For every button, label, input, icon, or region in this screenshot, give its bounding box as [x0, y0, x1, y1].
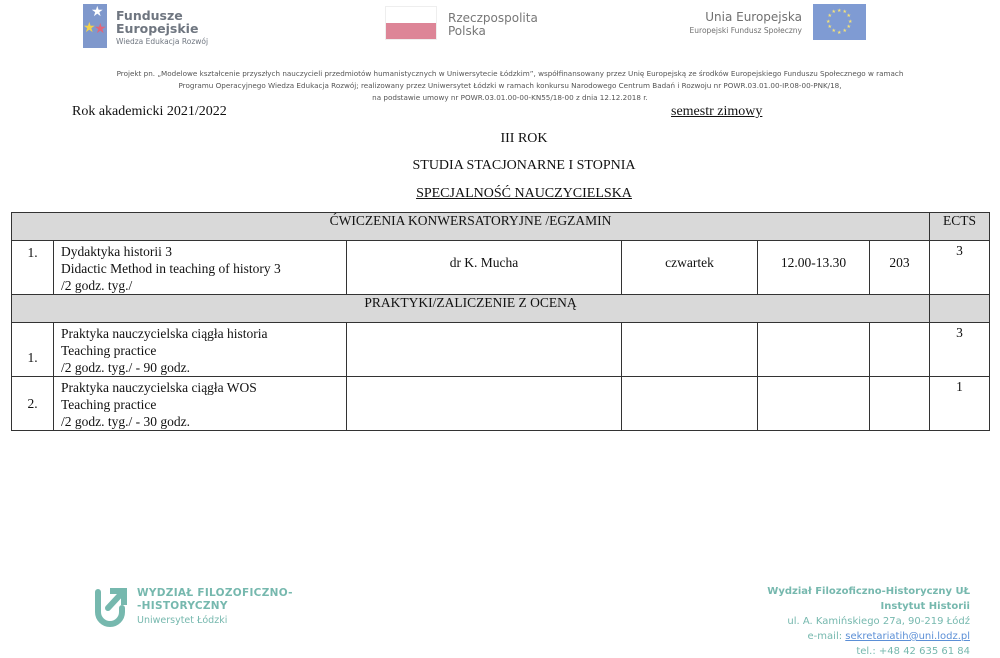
course-cell: Praktyka nauczycielska ciągła WOS Teachi… — [54, 377, 347, 431]
table-row: 1. Praktyka nauczycielska ciągła histori… — [12, 323, 990, 377]
ects-header: ECTS — [930, 213, 990, 241]
faculty-logo-line2: -HISTORYCZNY — [137, 600, 293, 613]
section-header-practice: PRAKTYKI/ZALICZENIE Z OCENĄ — [12, 295, 930, 323]
schedule-table: ĆWICZENIA KONWERSATORYJNE /EGZAMIN ECTS … — [11, 212, 990, 431]
fundusze-europejskie-logo: Fundusze Europejskie Wiedza Edukacja Roz… — [116, 9, 208, 48]
fundusze-europejskie-logo-icon: ★ ★ ★ — [83, 4, 107, 48]
teacher-cell — [347, 323, 622, 377]
faculty-logo-line1: WYDZIAŁ FILOZOFICZNO- — [137, 587, 293, 600]
email-link[interactable]: sekretariatih@uni.lodz.pl — [845, 631, 970, 642]
time-cell: 12.00-13.30 — [758, 241, 870, 295]
faculty-logo-icon — [93, 586, 129, 628]
ects-cell: 3 — [930, 323, 990, 377]
section-header-row: ĆWICZENIA KONWERSATORYJNE /EGZAMIN ECTS — [12, 213, 990, 241]
time-cell — [758, 377, 870, 431]
polish-flag-icon — [385, 6, 437, 40]
unia-europejska-logo: Unia Europejska Europejski Fundusz Społe… — [660, 10, 802, 38]
course-hours: /2 godz. tyg./ — [61, 277, 339, 294]
course-name-pl: Praktyka nauczycielska ciągła historia — [61, 325, 339, 342]
ects-cell: 1 — [930, 377, 990, 431]
course-name-en: Didactic Method in teaching of history 3 — [61, 260, 339, 277]
study-type: STUDIA STACJONARNE I STOPNIA — [24, 158, 1000, 174]
faculty-logo-sub: Uniwersytet Łódzki — [137, 614, 293, 628]
course-cell: Praktyka nauczycielska ciągła historia T… — [54, 323, 347, 377]
course-hours: /2 godz. tyg./ - 90 godz. — [61, 359, 339, 376]
teacher-cell — [347, 377, 622, 431]
teacher-cell: dr K. Mucha — [347, 241, 622, 295]
fe-subtitle: Wiedza Edukacja Rozwój — [116, 36, 208, 48]
row-number: 2. — [12, 377, 54, 431]
semester: semestr zimowy — [671, 104, 762, 120]
day-cell — [622, 377, 758, 431]
contact-faculty: Wydział Filozoficzno-Historyczny UŁ — [767, 584, 970, 599]
table-row: 2. Praktyka nauczycielska ciągła WOS Tea… — [12, 377, 990, 431]
ue-title: Unia Europejska — [660, 10, 802, 24]
room-cell — [870, 377, 930, 431]
contact-address: ul. A. Kamińskiego 27a, 90-219 Łódź — [767, 614, 970, 629]
day-cell — [622, 323, 758, 377]
email-label: e-mail: — [808, 631, 846, 642]
faculty-logo: WYDZIAŁ FILOZOFICZNO- -HISTORYCZNY Uniwe… — [137, 587, 293, 628]
specialty: SPECJALNOŚĆ NAUCZYCIELSKA — [24, 186, 1000, 202]
academic-year: Rok akademicki 2021/2022 — [72, 104, 227, 120]
course-hours: /2 godz. tyg./ - 30 godz. — [61, 413, 339, 430]
rzeczpospolita-polska-logo: Rzeczpospolita Polska — [448, 12, 538, 38]
project-note-line3: na podstawie umowy nr POWR.03.01.00-00-K… — [60, 92, 960, 104]
row-number: 1. — [12, 323, 54, 377]
project-note-line2: Programu Operacyjnego Wiedza Edukacja Ro… — [60, 80, 960, 92]
project-note: Projekt pn. „Modelowe kształcenie przysz… — [60, 68, 960, 104]
time-cell — [758, 323, 870, 377]
ects-blank-cell — [930, 295, 990, 323]
course-cell: Dydaktyka historii 3 Didactic Method in … — [54, 241, 347, 295]
course-name-en: Teaching practice — [61, 342, 339, 359]
ects-cell: 3 — [930, 241, 990, 295]
contact-email-line: e-mail: sekretariatih@uni.lodz.pl — [767, 629, 970, 644]
contact-institute: Instytut Historii — [767, 599, 970, 614]
room-cell: 203 — [870, 241, 930, 295]
table-row: 1. Dydaktyka historii 3 Didactic Method … — [12, 241, 990, 295]
room-cell — [870, 323, 930, 377]
year-of-study: III ROK — [24, 131, 1000, 147]
project-note-line1: Projekt pn. „Modelowe kształcenie przysz… — [60, 68, 960, 80]
pl-line2: Polska — [448, 25, 538, 38]
fe-title-line2: Europejskie — [116, 22, 208, 35]
eu-flag-icon: ★★★★★★★★★★★★ — [813, 4, 866, 40]
course-name-pl: Dydaktyka historii 3 — [61, 243, 339, 260]
day-cell: czwartek — [622, 241, 758, 295]
course-name-en: Teaching practice — [61, 396, 339, 413]
contact-phone: tel.: +48 42 635 61 84 — [767, 644, 970, 658]
row-number: 1. — [12, 241, 54, 295]
section-header-exam: ĆWICZENIA KONWERSATORYJNE /EGZAMIN — [12, 213, 930, 241]
contact-block: Wydział Filozoficzno-Historyczny UŁ Inst… — [767, 584, 970, 658]
section-header-row: PRAKTYKI/ZALICZENIE Z OCENĄ — [12, 295, 990, 323]
course-name-pl: Praktyka nauczycielska ciągła WOS — [61, 379, 339, 396]
ue-subtitle: Europejski Fundusz Społeczny — [660, 24, 802, 38]
